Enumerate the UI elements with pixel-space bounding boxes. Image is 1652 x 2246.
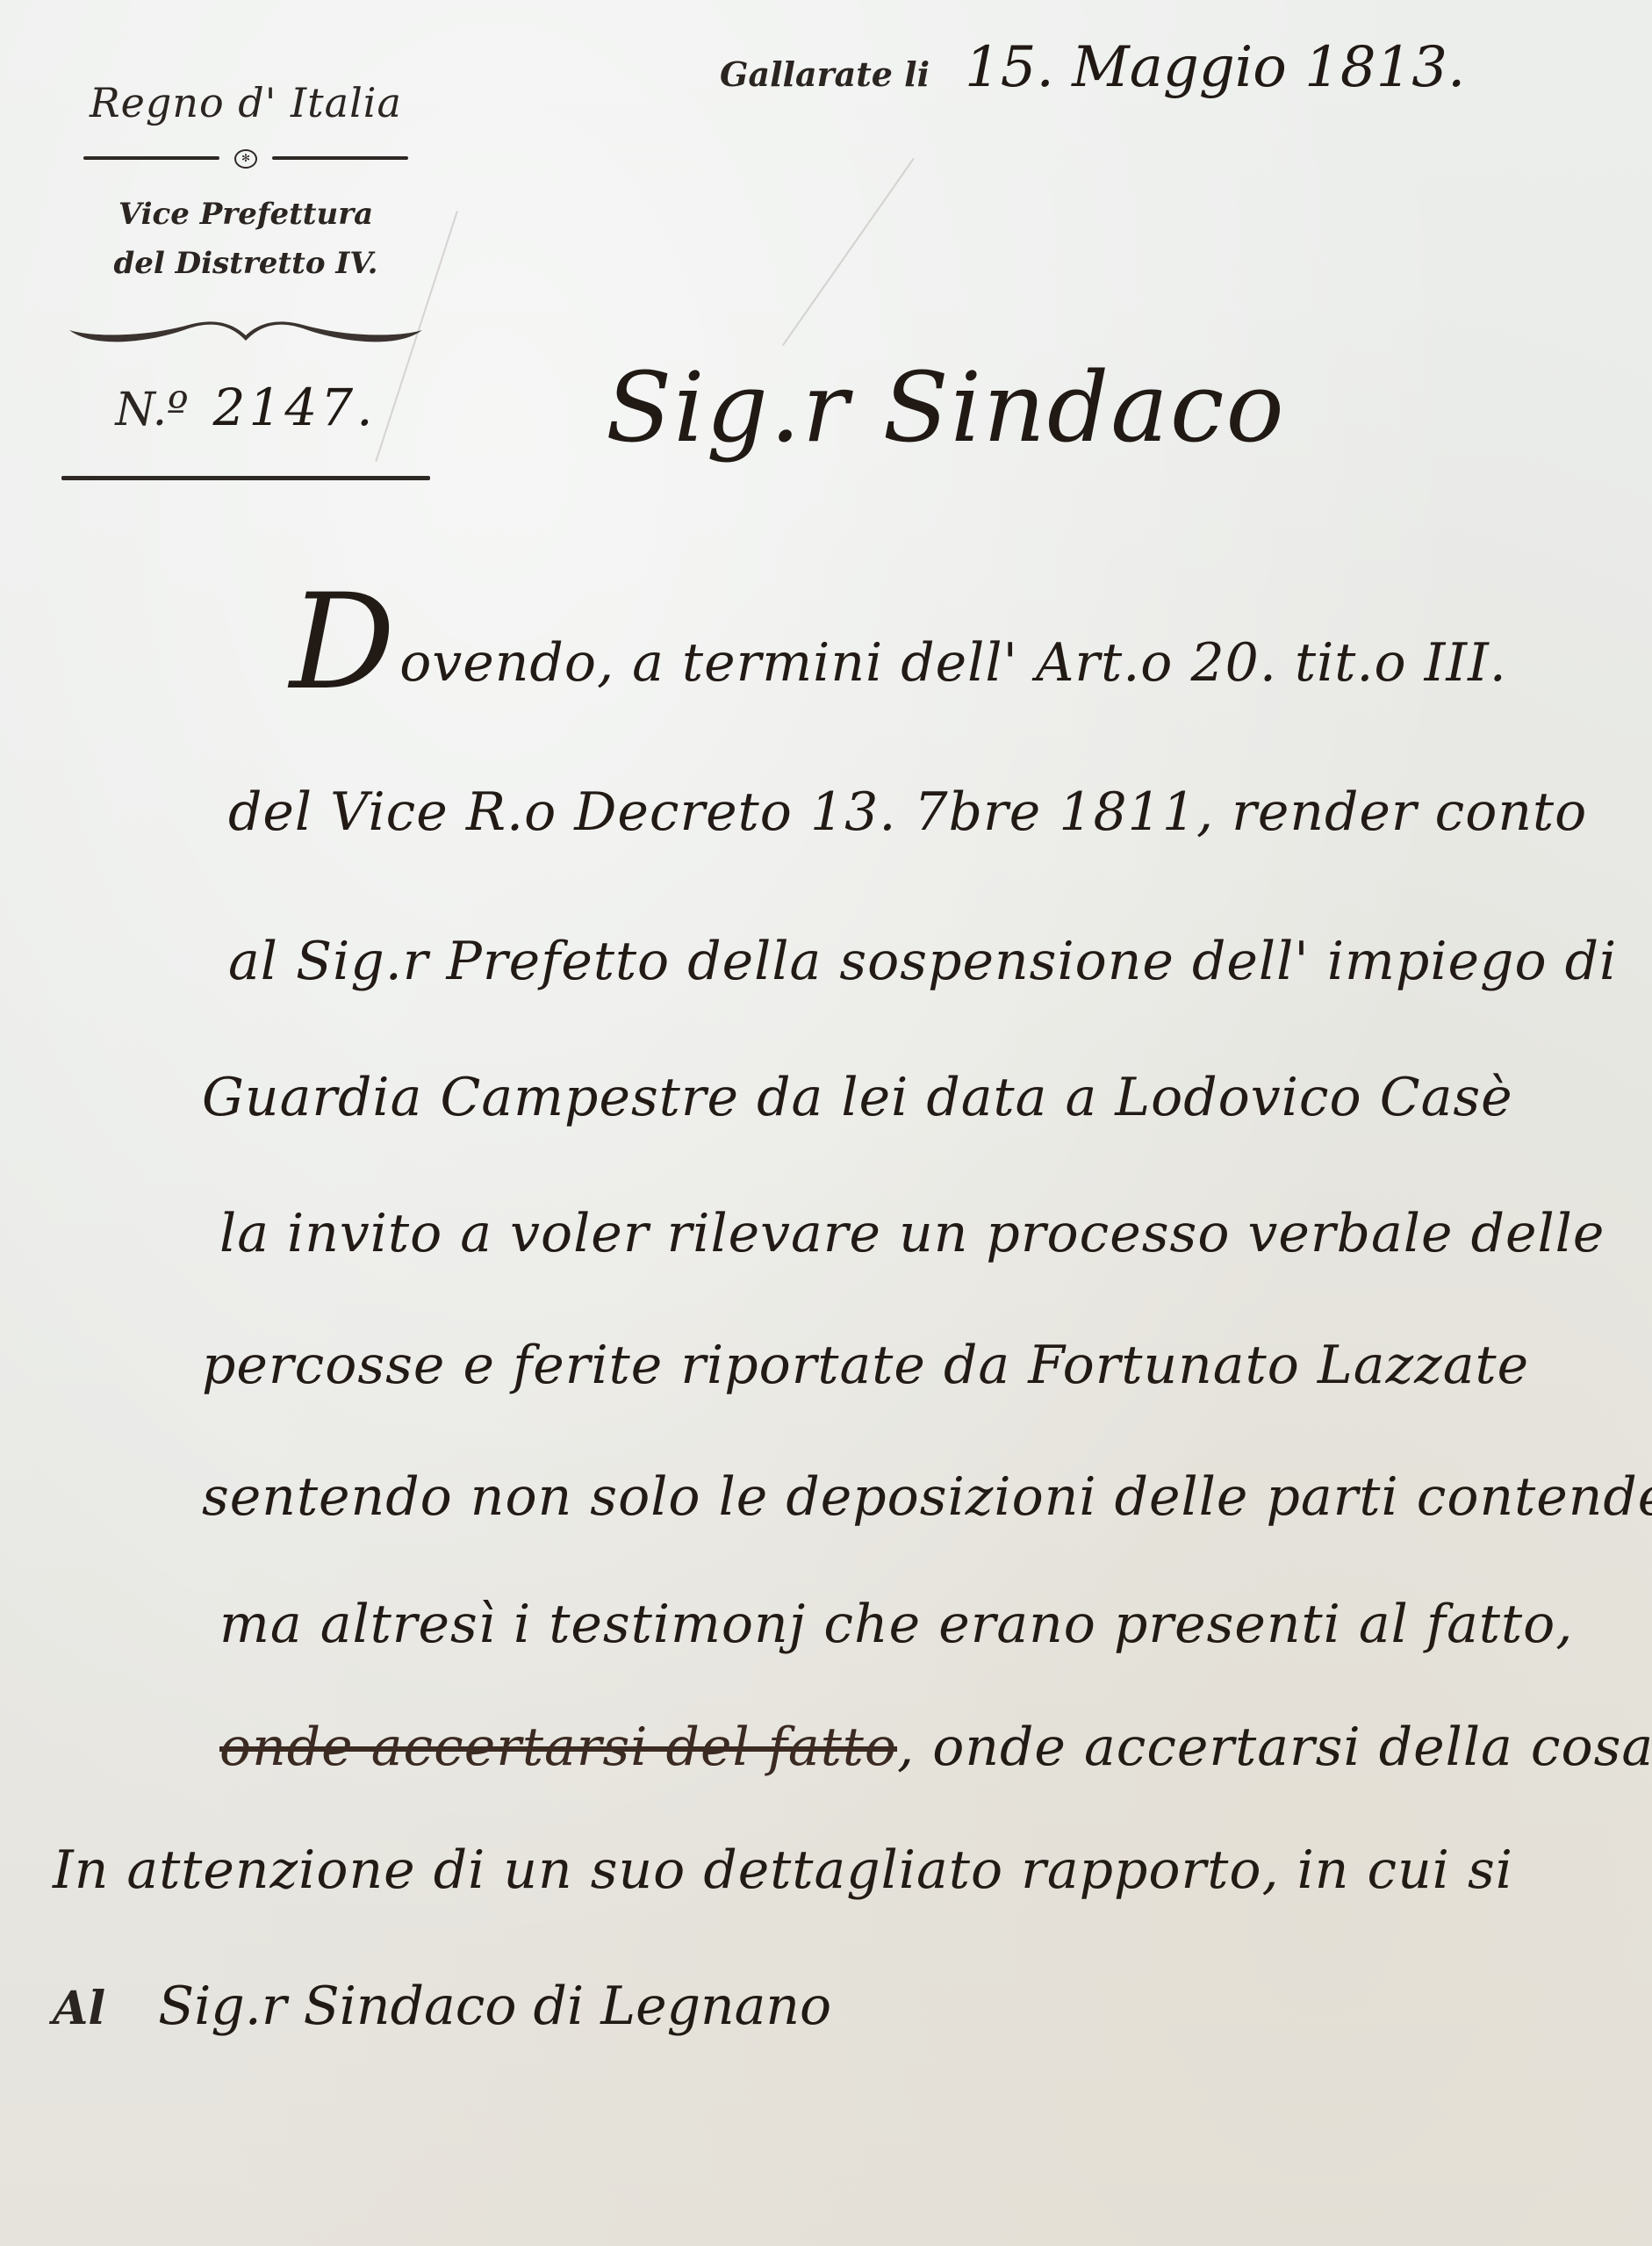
office-line-2: del Distretto IV. <box>53 239 439 288</box>
address-prefix: Al <box>53 1982 105 2035</box>
letterhead-rule <box>61 476 430 480</box>
flourish-divider-icon <box>66 318 426 349</box>
body-line-8: ma altresì i testimonj che erano present… <box>219 1594 1573 1655</box>
protocol-number-field: N.º 2147. <box>53 378 439 437</box>
letterhead: Regno d' Italia ✻ Vice Prefettura del Di… <box>53 70 439 480</box>
ornament-divider: ✻ <box>83 151 408 163</box>
protocol-label: N.º <box>115 384 188 436</box>
drop-cap: D <box>290 566 396 719</box>
struck-through-text: onde accertarsi del fatto <box>219 1717 897 1778</box>
body-line-7: sentendo non solo le deposizioni delle p… <box>202 1466 1652 1528</box>
body-line-2: del Vice R.o Decreto 13. 7bre 1811, rend… <box>228 781 1587 843</box>
body-line-1: Dovendo, a termini dell' Art.o 20. tit.o… <box>290 632 1507 694</box>
body-line-3: al Sig.r Prefetto della sospensione dell… <box>228 931 1617 992</box>
handwritten-date: 15. Maggio 1813. <box>965 35 1465 100</box>
letterhead-office: Vice Prefettura del Distretto IV. <box>53 190 439 288</box>
rosette-icon: ✻ <box>234 149 257 169</box>
place-label: Gallarate li <box>720 54 930 94</box>
address-text: Sig.r Sindaco di Legnano <box>158 1976 831 2037</box>
recipient-address: Al Sig.r Sindaco di Legnano <box>53 1976 831 2037</box>
body-line-10: In attenzione di un suo dettagliato rapp… <box>53 1839 1513 1901</box>
salutation: Sig.r Sindaco <box>606 351 1286 464</box>
protocol-number: 2147. <box>213 378 377 437</box>
letterhead-kingdom: Regno d' Italia <box>53 79 439 126</box>
body-line-9: onde accertarsi del fatto, onde accertar… <box>219 1717 1652 1778</box>
body-line-5: la invito a voler rilevare un processo v… <box>219 1203 1605 1264</box>
dateline: Gallarate li 15. Maggio 1813. <box>720 35 1465 100</box>
body-line-4: Guardia Campestre da lei data a Lodovico… <box>202 1067 1513 1128</box>
body-line-6: percosse e ferite riportate da Fortunato… <box>202 1335 1529 1396</box>
office-line-1: Vice Prefettura <box>53 190 439 239</box>
